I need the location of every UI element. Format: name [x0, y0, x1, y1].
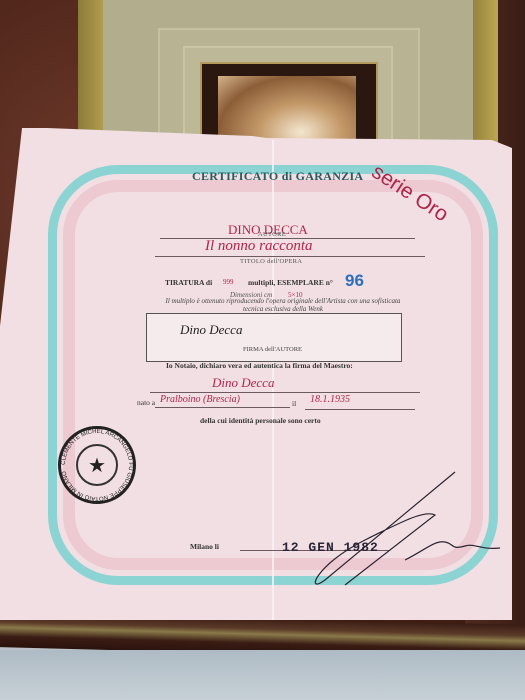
fur-surface [0, 650, 525, 700]
svg-text:CLEMENTE MICHEL ARCANGELO FU G: CLEMENTE MICHEL ARCANGELO FU GIUSEPPE NO… [61, 429, 133, 501]
author-label: AUTORE [258, 231, 286, 238]
work-title-label: TITOLO dell'OPERA [240, 258, 302, 265]
work-title: Il nonno racconta [205, 238, 312, 255]
edition-size: 999 [223, 278, 234, 286]
birth-date-label: il [292, 399, 296, 408]
certificate-title: CERTIFICATO di GARANZIA [192, 169, 363, 184]
author-signature: Dino Decca [180, 322, 242, 338]
signature-label: FIRMA dell'AUTORE [243, 346, 302, 353]
edition-label: TIRATURA di [165, 278, 212, 287]
birthplace: Pralboino (Brescia) [160, 394, 240, 405]
technique-description: Il multiplo è ottenuto riproducendo l'op… [158, 297, 408, 313]
identity-statement: della cui identità personale sono certo [200, 416, 321, 425]
photo-scene: CERTIFICATO di GARANZIA serie Oro DINO D… [0, 0, 525, 700]
born-label: nato a [137, 398, 155, 407]
notary-named-author: Dino Decca [212, 375, 274, 391]
birth-date-line [305, 409, 415, 410]
birthplace-line [155, 407, 290, 408]
notary-statement: Io Notaio, dichiaro vera ed autentica la… [166, 361, 353, 370]
notary-stamp-text: CLEMENTE MICHEL ARCANGELO FU GIUSEPPE NO… [56, 424, 138, 506]
multiples-label: multipli, ESEMPLARE n° [248, 278, 333, 287]
notary-signature [285, 470, 505, 590]
birth-date: 18.1.1935 [310, 394, 350, 405]
notary-name-line [150, 392, 420, 393]
place-date-label: Milano li [190, 542, 219, 551]
copy-number: 96 [345, 271, 364, 291]
work-title-line [155, 256, 425, 257]
